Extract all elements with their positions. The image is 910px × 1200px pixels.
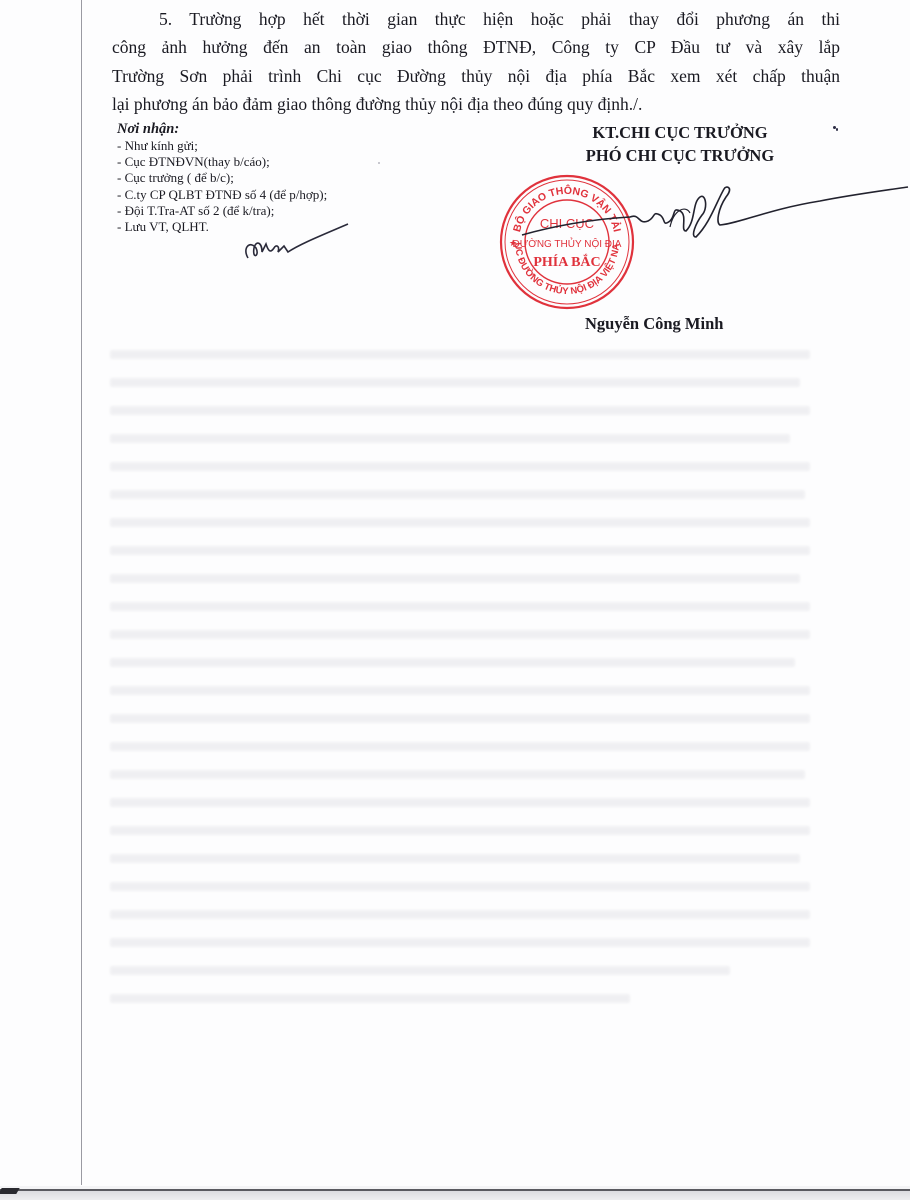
body-line: lại phương án bảo đảm giao thông đường t… [112,90,840,118]
recipients-heading: Nơi nhận: [117,120,327,138]
body-paragraph-5: 5. Trường hợp hết thời gian thực hiện ho… [112,5,840,118]
scan-speck [836,128,838,131]
page-bottom-edge [0,1186,910,1200]
page-left-edge [81,0,82,1185]
recipient-item: - C.ty CP QLBT ĐTNĐ số 4 (để p/hợp); [117,187,327,203]
signer-title-line1: KT.CHI CỤC TRƯỞNG [540,121,820,144]
handwritten-signature [520,165,910,255]
signer-title-line2: PHÓ CHI CỤC TRƯỞNG [540,144,820,167]
recipient-item: - Cục trưởng ( để b/c); [117,170,327,186]
bleed-through-text [110,140,820,1020]
initials-signature [240,218,350,263]
body-line: Trường Sơn phải trình Chi cục Đường thủy… [112,62,840,90]
recipient-item: - Như kính gửi; [117,138,327,154]
body-line: công ảnh hưởng đến an toàn giao thông ĐT… [112,33,840,61]
signature-block: KT.CHI CỤC TRƯỞNG PHÓ CHI CỤC TRƯỞNG [540,121,820,167]
body-line: 5. Trường hợp hết thời gian thực hiện ho… [112,5,840,33]
svg-text:PHÍA BẮC: PHÍA BẮC [533,253,600,270]
recipient-item: - Đội T.Tra-AT số 2 (để k/tra); [117,203,327,219]
recipient-item: - Cục ĐTNĐVN(thay b/cáo); [117,154,327,170]
scan-speck [378,162,380,164]
signer-name: Nguyễn Công Minh [585,314,723,334]
